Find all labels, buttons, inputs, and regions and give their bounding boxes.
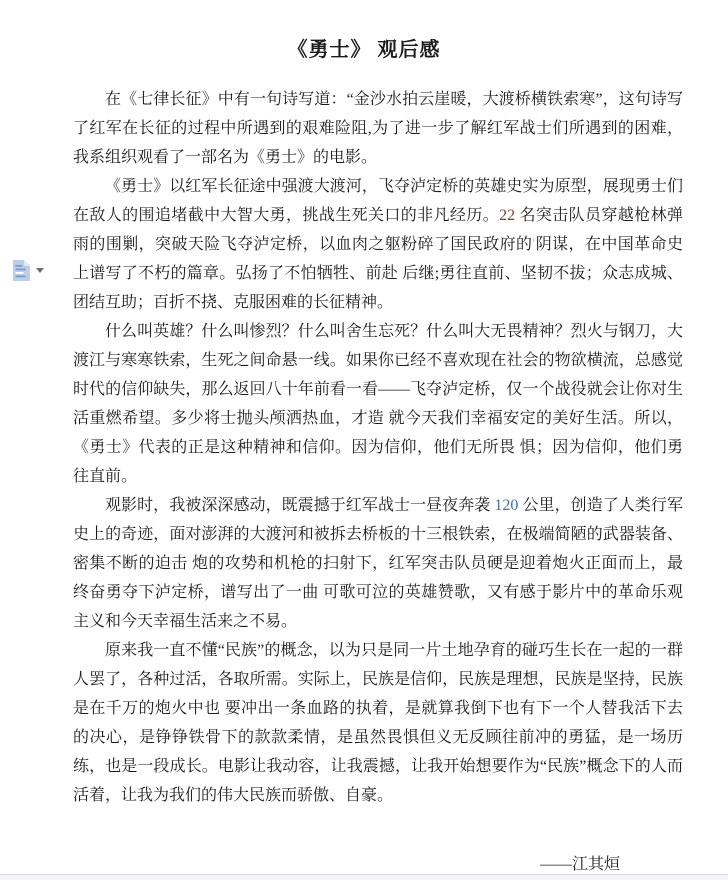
paragraph-text: 原来我一直不懂“民族”的概念，以为只是同一片土地孕育的碰巧生长在一起的一群人罢了… — [73, 642, 683, 804]
paragraph: 在《七律长征》中有一句诗写道：“金沙水拍云崖暖，大渡桥横铁索寒”，这句诗写了红军… — [73, 85, 683, 172]
document-body: 在《七律长征》中有一句诗写道：“金沙水拍云崖暖，大渡桥横铁索寒”，这句诗写了红军… — [73, 85, 683, 810]
paragraph-text: 观影时，我被深深感动，既震撼于红军战士一昼夜奔袭 — [105, 497, 494, 514]
paragraph: 原来我一直不懂“民族”的概念，以为只是同一片土地孕育的碰巧生长在一起的一群人罢了… — [73, 636, 683, 810]
dropdown-arrow-icon[interactable] — [36, 268, 44, 273]
paste-options-button[interactable] — [10, 257, 56, 287]
paragraph: 《勇士》以红军长征途中强渡大渡河，飞夺泸定桥的英雄史实为原型，展现勇士们在敌人的… — [73, 172, 683, 317]
paragraph-text: 什么叫英雄？什么叫惨烈？什么叫舍生忘死？什么叫大无畏精神？烈火与钢刀，大渡江与寒… — [73, 323, 683, 485]
paragraph-text: 在《七律长征》中有一句诗写道：“金沙水拍云崖暖，大渡桥横铁索寒”，这句诗写了红军… — [73, 91, 683, 166]
paragraph: 什么叫英雄？什么叫惨烈？什么叫舍生忘死？什么叫大无畏精神？烈火与钢刀，大渡江与寒… — [73, 317, 683, 491]
paragraph: 观影时，我被深深感动，既震撼于红军战士一昼夜奔袭 120 公里，创造了人类行军 … — [73, 491, 683, 636]
page-bottom-edge — [0, 874, 728, 880]
document-page: 《勇士》 观后感 在《七律长征》中有一句诗写道：“金沙水拍云崖暖，大渡桥横铁索寒… — [0, 0, 728, 880]
paragraph-text: 公里，创造了人类行军 史上的奇迹，面对澎湃的大渡河和被拆去桥板的十三根铁索，在极… — [73, 497, 683, 630]
highlighted-number: 22 — [499, 207, 515, 224]
document-content: 《勇士》 观后感 在《七律长征》中有一句诗写道：“金沙水拍云崖暖，大渡桥横铁索寒… — [0, 0, 728, 879]
highlighted-number: 120 — [494, 497, 518, 514]
document-title: 《勇士》 观后感 — [0, 36, 728, 65]
